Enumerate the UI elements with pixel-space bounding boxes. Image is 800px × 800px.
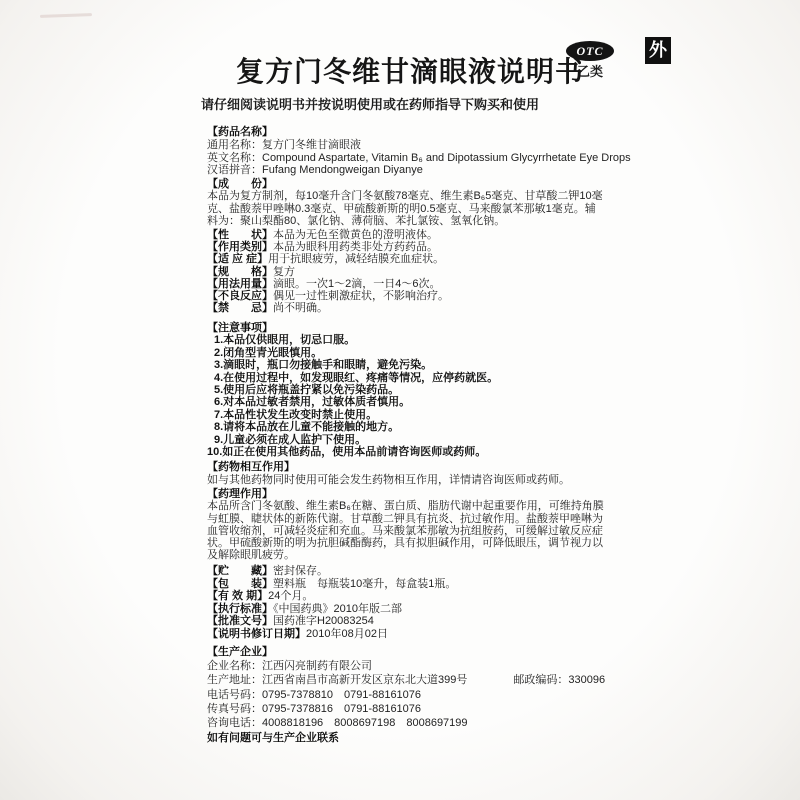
pharmacology-header: 【药理作用】 — [207, 488, 687, 500]
entry-label: 【贮 藏】 — [207, 565, 273, 577]
entry-adverse-reactions: 【不良反应】偶见一过性刺激症状，不影响治疗。 — [207, 290, 687, 302]
entry-revision-date: 【说明书修订日期】2010年08月02日 — [207, 628, 687, 641]
scan-artifact-mark — [40, 13, 92, 18]
section-composition: 【成 份】 本品为复方制剂，每10毫升含门冬氨酸78毫克、维生素B₆5毫克、甘草… — [207, 178, 687, 227]
precaution-item: 1.本品仅供眼用，切忌口服。 — [207, 334, 687, 346]
entry-label: 【性 状】 — [207, 229, 273, 241]
entry-text: 国药准字H20083254 — [273, 615, 374, 627]
composition-line: 克、盐酸萘甲唑啉0.3毫克、甲硫酸新斯的明0.5毫克、马来酸氯苯那敏1毫克。辅 — [207, 203, 687, 215]
entry-storage: 【贮 藏】密封保存。 — [207, 565, 687, 578]
interactions-header: 【药物相互作用】 — [207, 461, 687, 474]
precaution-item: 8.请将本品放在儿童不能接触的地方。 — [207, 421, 687, 433]
composition-header: 【成 份】 — [207, 178, 687, 190]
pharmacology-line: 与虹膜、睫状体的新陈代谢。甘草酸二钾具有抗炎、抗过敏作用。盐酸萘甲唑啉为 — [207, 513, 687, 525]
pharmacology-line: 本品所含门冬氨酸、维生素B₆在糖、蛋白质、脂肪代谢中起重要作用，可维持角膜 — [207, 500, 687, 512]
generic-name: 通用名称：复方门冬维甘滴眼液 — [207, 139, 687, 152]
pharmacology-line: 状。甲硫酸新斯的明为抗胆碱酯酶药，具有拟胆碱作用，可降低眼压，调节视力以 — [207, 537, 687, 549]
entry-indications: 【适 应 症】用于抗眼疲劳，减轻结膜充血症状。 — [207, 253, 687, 265]
section-storage-info: 【贮 藏】密封保存。 【包 装】塑料瓶 每瓶装10毫升，每盒装1瓶。 【有 效 … — [207, 565, 687, 640]
entry-dosage: 【用法用量】滴眼。一次1～2滴，一日4～6次。 — [207, 278, 687, 290]
usage-advisory: 请仔细阅读说明书并按说明使用或在药师指导下购买和使用 — [60, 94, 680, 113]
manufacturer-phone: 电话号码：0795-7378810 0791-88161076 — [207, 688, 687, 702]
entry-label: 【有 效 期】 — [207, 590, 268, 602]
entry-text: 本品为无色至微黄色的澄明液体。 — [273, 229, 438, 241]
section-manufacturer: 【生产企业】 企业名称：江西闪亮制药有限公司 生产地址：江西省南昌市高新开发区京… — [207, 645, 687, 745]
entry-text: 2010年08月02日 — [306, 628, 388, 640]
entry-label: 【批准文号】 — [207, 615, 273, 627]
precaution-item: 10.如正在使用其他药品，使用本品前请咨询医师或药师。 — [207, 446, 687, 458]
entry-contraindications: 【禁 忌】尚不明确。 — [207, 302, 687, 314]
entry-label: 【说明书修订日期】 — [207, 628, 306, 640]
interactions-text: 如与其他药物同时使用可能会发生药物相互作用，详情请咨询医师或药师。 — [207, 474, 687, 487]
section-pharmacology: 【药理作用】 本品所含门冬氨酸、维生素B₆在糖、蛋白质、脂肪代谢中起重要作用，可… — [207, 488, 687, 562]
entry-text: 24个月。 — [268, 590, 313, 602]
pharmacology-line: 及解除眼肌疲劳。 — [207, 549, 687, 561]
entry-label: 【用法用量】 — [207, 278, 273, 290]
section-precautions: 【注意事项】 1.本品仅供眼用，切忌口服。 2.闭角型青光眼慎用。 3.滴眼时，… — [207, 322, 687, 458]
composition-line: 料为：聚山梨酯80、氯化钠、薄荷脑、苯扎氯铵、氢氧化钠。 — [207, 215, 687, 227]
entry-validity: 【有 效 期】24个月。 — [207, 590, 687, 603]
page-title: 复方门冬维甘滴眼液说明书 — [120, 50, 700, 90]
manufacturer-postcode: 邮政编码：330096 — [513, 674, 605, 686]
entry-text: 密封保存。 — [273, 565, 328, 577]
pinyin-name: 汉语拼音：Fufang Mendongweigan Diyanye — [207, 164, 687, 177]
manufacturer-fax: 传真号码：0795-7378816 0791-88161076 — [207, 702, 687, 716]
manufacturer-address: 生产地址：江西省南昌市高新开发区京东北大道399号 — [207, 674, 467, 686]
entry-package: 【包 装】塑料瓶 每瓶装10毫升，每盒装1瓶。 — [207, 578, 687, 591]
drug-name-header: 【药品名称】 — [207, 126, 687, 139]
section-drug-name: 【药品名称】 通用名称：复方门冬维甘滴眼液 英文名称：Compound Aspa… — [207, 126, 687, 177]
entry-category: 【作用类别】本品为眼科用药类非处方药药品。 — [207, 241, 687, 253]
manufacturer-address-row: 生产地址：江西省南昌市高新开发区京东北大道399号邮政编码：330096 — [207, 673, 687, 687]
entry-label: 【执行标准】 — [207, 603, 273, 615]
precaution-item: 5.使用后应将瓶盖拧紧以免污染药品。 — [207, 384, 687, 396]
precaution-item: 4.在使用过程中，如发现眼红、疼痛等情况，应停药就医。 — [207, 372, 687, 384]
entry-text: 复方 — [273, 266, 295, 278]
entry-text: 尚不明确。 — [273, 302, 328, 314]
precautions-header: 【注意事项】 — [207, 322, 687, 334]
entry-text: 本品为眼科用药类非处方药药品。 — [273, 241, 438, 253]
entry-text: 《中国药典》2010年版二部 — [273, 603, 402, 615]
entry-label: 【适 应 症】 — [207, 253, 268, 265]
entry-text: 塑料瓶 每瓶装10毫升，每盒装1瓶。 — [273, 578, 456, 590]
section-interactions: 【药物相互作用】 如与其他药物同时使用可能会发生药物相互作用，详情请咨询医师或药… — [207, 461, 687, 487]
precaution-item: 2.闭角型青光眼慎用。 — [207, 347, 687, 359]
entry-character: 【性 状】本品为无色至微黄色的澄明液体。 — [207, 229, 687, 241]
entry-text: 偶见一过性刺激症状，不影响治疗。 — [273, 290, 449, 302]
composition-line: 本品为复方制剂，每10毫升含门冬氨酸78毫克、维生素B₆5毫克、甘草酸二钾10毫 — [207, 190, 687, 202]
entry-text: 滴眼。一次1～2滴，一日4～6次。 — [273, 278, 440, 290]
precaution-item: 3.滴眼时，瓶口勿接触手和眼睛，避免污染。 — [207, 359, 687, 371]
english-name: 英文名称：Compound Aspartate, Vitamin B₆ and … — [207, 152, 687, 165]
manufacturer-name: 企业名称：江西闪亮制药有限公司 — [207, 659, 687, 673]
entry-label: 【作用类别】 — [207, 241, 273, 253]
entry-strength: 【规 格】复方 — [207, 266, 687, 278]
entry-standard: 【执行标准】《中国药典》2010年版二部 — [207, 603, 687, 616]
entry-label: 【禁 忌】 — [207, 302, 273, 314]
entry-label: 【规 格】 — [207, 266, 273, 278]
precaution-item: 9.儿童必须在成人监护下使用。 — [207, 434, 687, 446]
entry-label: 【不良反应】 — [207, 290, 273, 302]
manufacturer-header: 【生产企业】 — [207, 645, 687, 659]
pharmacology-line: 血管收缩剂，可减轻炎症和充血。马来酸氯苯那敏为抗组胺药，可缓解过敏反应症 — [207, 525, 687, 537]
package-insert-page: OTC 乙类 外 复方门冬维甘滴眼液说明书 请仔细阅读说明书并按说明使用或在药师… — [0, 0, 800, 800]
precaution-item: 6.对本品过敏者禁用，过敏体质者慎用。 — [207, 396, 687, 408]
contact-note: 如有问题可与生产企业联系 — [207, 731, 687, 745]
entry-label: 【包 装】 — [207, 578, 273, 590]
manufacturer-hotline: 咨询电话：4008818196 8008697198 8008697199 — [207, 716, 687, 730]
precaution-item: 7.本品性状发生改变时禁止使用。 — [207, 409, 687, 421]
section-properties: 【性 状】本品为无色至微黄色的澄明液体。 【作用类别】本品为眼科用药类非处方药药… — [207, 229, 687, 314]
entry-text: 用于抗眼疲劳，减轻结膜充血症状。 — [268, 253, 444, 265]
entry-approval-number: 【批准文号】国药准字H20083254 — [207, 615, 687, 628]
